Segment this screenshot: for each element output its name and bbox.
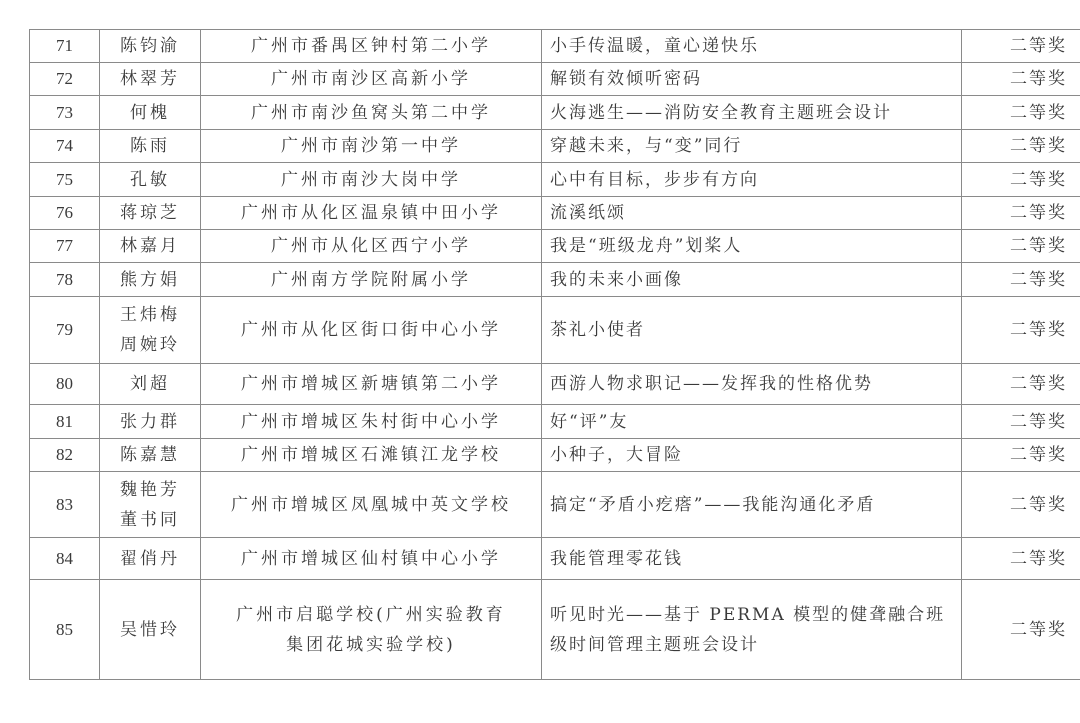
school-cell: 广州市南沙大岗中学: [201, 163, 542, 197]
table-row: 72林翠芳广州市南沙区高新小学解锁有效倾听密码二等奖: [30, 63, 1080, 96]
work-title: 心中有目标，步步有方向: [550, 165, 961, 195]
work-title-cell: 搞定“矛盾小疙瘩”——我能沟通化矛盾: [542, 472, 962, 538]
row-number: 78: [30, 263, 100, 297]
row-number: 82: [30, 439, 100, 472]
school-name: 广州市番禺区钟村第二小学: [201, 31, 541, 61]
teacher-name: 吴惜玲: [100, 615, 200, 645]
school-name: 广州市从化区温泉镇中田小学: [201, 198, 541, 228]
school-name: 广州市启聪学校(广州实验教育: [201, 600, 541, 630]
table-row: 80刘超广州市增城区新塘镇第二小学西游人物求职记——发挥我的性格优势二等奖: [30, 364, 1080, 405]
row-number: 83: [30, 472, 100, 538]
work-title-cell: 心中有目标，步步有方向: [542, 163, 962, 197]
award-level: 二等奖: [962, 297, 1080, 364]
work-title: 我的未来小画像: [550, 265, 961, 295]
school-name: 广州市南沙区高新小学: [201, 64, 541, 94]
teacher-name-cell: 陈嘉慧: [100, 439, 201, 472]
work-title: 火海逃生——消防安全教育主题班会设计: [550, 98, 961, 128]
award-level: 二等奖: [962, 405, 1080, 439]
school-cell: 广州市增城区仙村镇中心小学: [201, 538, 542, 580]
work-title-cell: 我是“班级龙舟”划桨人: [542, 230, 962, 263]
row-number: 75: [30, 163, 100, 197]
teacher-name-cell: 熊方娟: [100, 263, 201, 297]
teacher-name: 陈钧渝: [100, 31, 200, 61]
row-number: 85: [30, 580, 100, 680]
work-title-cell: 茶礼小使者: [542, 297, 962, 364]
award-table-body: 71陈钧渝广州市番禺区钟村第二小学小手传温暖，童心递快乐二等奖72林翠芳广州市南…: [30, 30, 1080, 680]
work-title: 我能管理零花钱: [550, 544, 961, 574]
work-title-cell: 流溪纸颂: [542, 197, 962, 230]
award-level: 二等奖: [962, 364, 1080, 405]
teacher-name-cell: 吴惜玲: [100, 580, 201, 680]
teacher-name-cell: 陈雨: [100, 130, 201, 163]
teacher-name: 魏艳芳: [100, 475, 200, 505]
work-title: 解锁有效倾听密码: [550, 64, 961, 94]
teacher-name-cell: 何槐: [100, 96, 201, 130]
row-number: 79: [30, 297, 100, 364]
work-title: 穿越未来，与“变”同行: [550, 131, 961, 161]
school-name: 广州南方学院附属小学: [201, 265, 541, 295]
award-level: 二等奖: [962, 96, 1080, 130]
row-number: 77: [30, 230, 100, 263]
school-name: 广州市南沙大岗中学: [201, 165, 541, 195]
award-level: 二等奖: [962, 439, 1080, 472]
award-level: 二等奖: [962, 130, 1080, 163]
school-name: 广州市增城区朱村街中心小学: [201, 407, 541, 437]
school-name: 广州市南沙鱼窝头第二中学: [201, 98, 541, 128]
teacher-name: 何槐: [100, 98, 200, 128]
teacher-name: 蒋琼芝: [100, 198, 200, 228]
teacher-name-cell: 魏艳芳董书同: [100, 472, 201, 538]
work-title: 我是“班级龙舟”划桨人: [550, 231, 961, 261]
work-title-cell: 解锁有效倾听密码: [542, 63, 962, 96]
row-number: 80: [30, 364, 100, 405]
teacher-name: 张力群: [100, 407, 200, 437]
teacher-name-cell: 孔敏: [100, 163, 201, 197]
award-level: 二等奖: [962, 163, 1080, 197]
teacher-name-cell: 蒋琼芝: [100, 197, 201, 230]
teacher-name: 翟俏丹: [100, 544, 200, 574]
teacher-name-cell: 林翠芳: [100, 63, 201, 96]
work-title-cell: 火海逃生——消防安全教育主题班会设计: [542, 96, 962, 130]
award-level: 二等奖: [962, 197, 1080, 230]
school-cell: 广州市从化区街口街中心小学: [201, 297, 542, 364]
school-name: 广州市从化区西宁小学: [201, 231, 541, 261]
school-cell: 广州市从化区温泉镇中田小学: [201, 197, 542, 230]
school-name: 广州市增城区新塘镇第二小学: [201, 369, 541, 399]
row-number: 81: [30, 405, 100, 439]
table-row: 71陈钧渝广州市番禺区钟村第二小学小手传温暖，童心递快乐二等奖: [30, 30, 1080, 63]
award-level: 二等奖: [962, 30, 1080, 63]
table-row: 83魏艳芳董书同广州市增城区凤凰城中英文学校搞定“矛盾小疙瘩”——我能沟通化矛盾…: [30, 472, 1080, 538]
school-name: 广州市从化区街口街中心小学: [201, 315, 541, 345]
work-title: 西游人物求职记——发挥我的性格优势: [550, 369, 961, 399]
award-level: 二等奖: [962, 63, 1080, 96]
table-row: 76蒋琼芝广州市从化区温泉镇中田小学流溪纸颂二等奖: [30, 197, 1080, 230]
school-cell: 广州市增城区石滩镇江龙学校: [201, 439, 542, 472]
row-number: 71: [30, 30, 100, 63]
work-title: 流溪纸颂: [550, 198, 961, 228]
teacher-name-cell: 王炜梅周婉玲: [100, 297, 201, 364]
teacher-name: 董书同: [100, 505, 200, 535]
school-cell: 广州市南沙鱼窝头第二中学: [201, 96, 542, 130]
work-title-cell: 穿越未来，与“变”同行: [542, 130, 962, 163]
school-name: 集团花城实验学校): [201, 630, 541, 660]
work-title: 小种子，大冒险: [550, 440, 961, 470]
work-title-cell: 听见时光——基于 PERMA 模型的健聋融合班级时间管理主题班会设计: [542, 580, 962, 680]
school-cell: 广州市增城区凤凰城中英文学校: [201, 472, 542, 538]
school-name: 广州市增城区凤凰城中英文学校: [201, 490, 541, 520]
work-title: 级时间管理主题班会设计: [550, 630, 961, 660]
teacher-name: 熊方娟: [100, 265, 200, 295]
school-cell: 广州市启聪学校(广州实验教育集团花城实验学校): [201, 580, 542, 680]
work-title: 小手传温暖，童心递快乐: [550, 31, 961, 61]
award-level: 二等奖: [962, 472, 1080, 538]
table-row: 73何槐广州市南沙鱼窝头第二中学火海逃生——消防安全教育主题班会设计二等奖: [30, 96, 1080, 130]
teacher-name-cell: 翟俏丹: [100, 538, 201, 580]
row-number: 73: [30, 96, 100, 130]
row-number: 84: [30, 538, 100, 580]
award-level: 二等奖: [962, 580, 1080, 680]
teacher-name: 陈雨: [100, 131, 200, 161]
teacher-name-cell: 刘超: [100, 364, 201, 405]
award-level: 二等奖: [962, 263, 1080, 297]
teacher-name: 林嘉月: [100, 231, 200, 261]
school-cell: 广州市南沙第一中学: [201, 130, 542, 163]
teacher-name-cell: 林嘉月: [100, 230, 201, 263]
teacher-name: 孔敏: [100, 165, 200, 195]
work-title-cell: 好“评”友: [542, 405, 962, 439]
table-row: 84翟俏丹广州市增城区仙村镇中心小学我能管理零花钱二等奖: [30, 538, 1080, 580]
table-row: 78熊方娟广州南方学院附属小学我的未来小画像二等奖: [30, 263, 1080, 297]
work-title-cell: 我能管理零花钱: [542, 538, 962, 580]
table-row: 74陈雨广州市南沙第一中学穿越未来，与“变”同行二等奖: [30, 130, 1080, 163]
school-name: 广州市增城区仙村镇中心小学: [201, 544, 541, 574]
work-title-cell: 我的未来小画像: [542, 263, 962, 297]
school-name: 广州市增城区石滩镇江龙学校: [201, 440, 541, 470]
school-cell: 广州市从化区西宁小学: [201, 230, 542, 263]
teacher-name: 林翠芳: [100, 64, 200, 94]
award-level: 二等奖: [962, 538, 1080, 580]
school-cell: 广州南方学院附属小学: [201, 263, 542, 297]
table-row: 81张力群广州市增城区朱村街中心小学好“评”友二等奖: [30, 405, 1080, 439]
teacher-name: 陈嘉慧: [100, 440, 200, 470]
school-cell: 广州市南沙区高新小学: [201, 63, 542, 96]
table-row: 85吴惜玲广州市启聪学校(广州实验教育集团花城实验学校)听见时光——基于 PER…: [30, 580, 1080, 680]
table-row: 77林嘉月广州市从化区西宁小学我是“班级龙舟”划桨人二等奖: [30, 230, 1080, 263]
work-title: 搞定“矛盾小疙瘩”——我能沟通化矛盾: [550, 490, 961, 520]
teacher-name: 周婉玲: [100, 330, 200, 360]
work-title-cell: 小手传温暖，童心递快乐: [542, 30, 962, 63]
work-title: 听见时光——基于 PERMA 模型的健聋融合班: [550, 600, 961, 630]
school-name: 广州市南沙第一中学: [201, 131, 541, 161]
teacher-name: 刘超: [100, 369, 200, 399]
work-title: 好“评”友: [550, 407, 961, 437]
school-cell: 广州市番禺区钟村第二小学: [201, 30, 542, 63]
row-number: 72: [30, 63, 100, 96]
school-cell: 广州市增城区朱村街中心小学: [201, 405, 542, 439]
teacher-name-cell: 陈钧渝: [100, 30, 201, 63]
school-cell: 广州市增城区新塘镇第二小学: [201, 364, 542, 405]
row-number: 74: [30, 130, 100, 163]
work-title-cell: 西游人物求职记——发挥我的性格优势: [542, 364, 962, 405]
teacher-name: 王炜梅: [100, 300, 200, 330]
work-title-cell: 小种子，大冒险: [542, 439, 962, 472]
table-row: 75孔敏广州市南沙大岗中学心中有目标，步步有方向二等奖: [30, 163, 1080, 197]
row-number: 76: [30, 197, 100, 230]
award-level: 二等奖: [962, 230, 1080, 263]
work-title: 茶礼小使者: [550, 315, 961, 345]
table-row: 79王炜梅周婉玲广州市从化区街口街中心小学茶礼小使者二等奖: [30, 297, 1080, 364]
teacher-name-cell: 张力群: [100, 405, 201, 439]
table-row: 82陈嘉慧广州市增城区石滩镇江龙学校小种子，大冒险二等奖: [30, 439, 1080, 472]
award-table: 71陈钧渝广州市番禺区钟村第二小学小手传温暖，童心递快乐二等奖72林翠芳广州市南…: [29, 29, 1080, 680]
